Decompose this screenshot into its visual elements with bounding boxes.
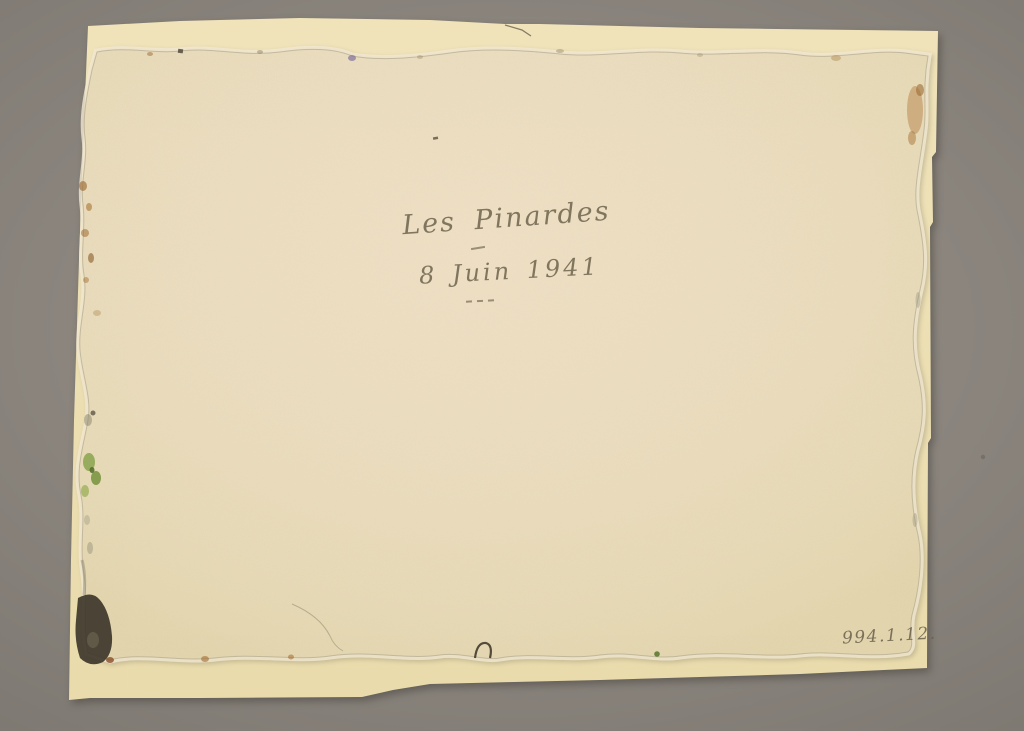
verso-photo-graphic	[0, 0, 1024, 731]
gray-mat-background: Les Pinardes 8 Juin 1941 994.1.12.	[0, 0, 1024, 731]
paper-grain-texture	[60, 30, 950, 690]
mat-blemish-dot	[981, 455, 985, 459]
